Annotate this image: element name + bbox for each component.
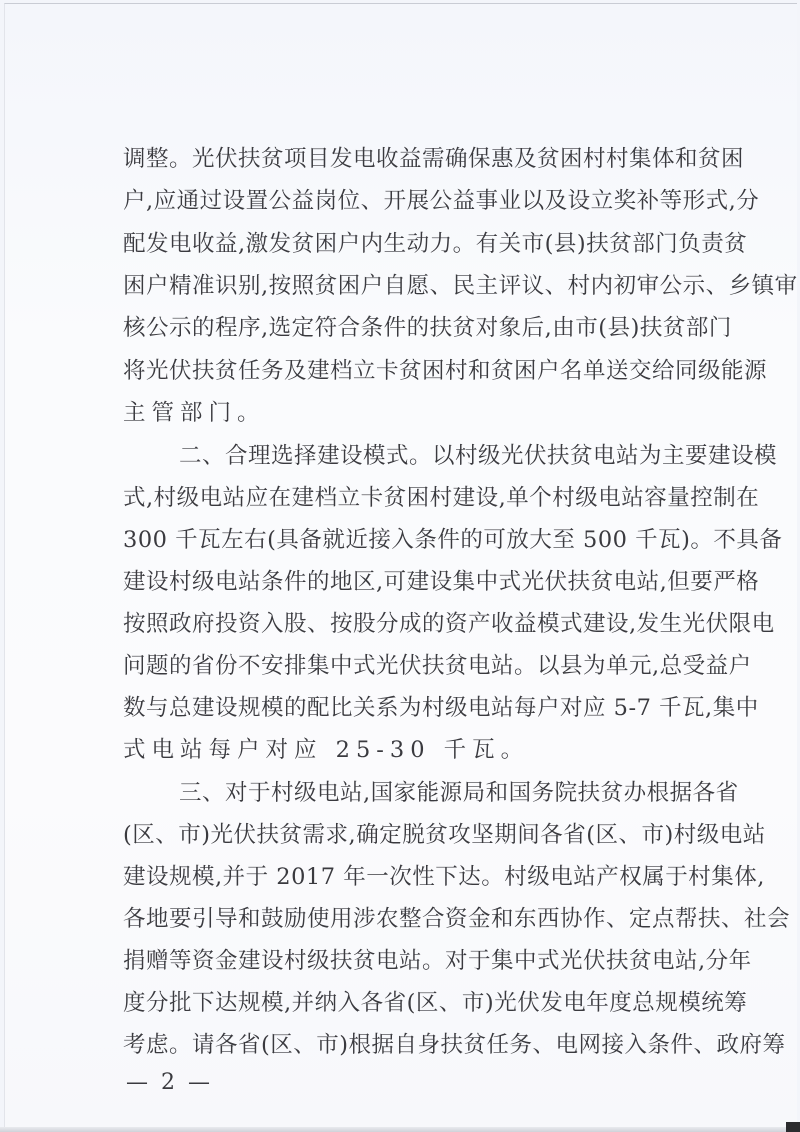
text-line: 配发电收益,激发贫困户内生动力。有关市(县)扶贫部门负责贫 <box>123 229 719 259</box>
scan-corner-mark <box>786 1122 800 1132</box>
text-line: 按照政府投资入股、按股分成的资产收益模式建设,发生光伏限电 <box>123 609 719 639</box>
page-edge-shadow <box>0 1127 800 1132</box>
text-line: 式电站每户对应 25-30 千瓦。 <box>123 735 719 765</box>
page-number: — 2 — <box>126 1068 213 1098</box>
text-line: 主管部门。 <box>123 398 719 428</box>
text-line: 300 千瓦左右(具备就近接入条件的可放大至 500 千瓦)。不具备 <box>123 525 719 555</box>
text-line: 建设规模,并于 2017 年一次性下达。村级电站产权属于村集体, <box>123 862 719 892</box>
text-line: 建设村级电站条件的地区,可建设集中式光伏扶贫电站,但要严格 <box>123 567 719 597</box>
text-line: (区、市)光伏扶贫需求,确定脱贫攻坚期间各省(区、市)村级电站 <box>123 820 719 850</box>
text-line: 各地要引导和鼓励使用涉农整合资金和东西协作、定点帮扶、社会 <box>123 904 719 934</box>
text-line: 问题的省份不安排集中式光伏扶贫电站。以县为单元,总受益户 <box>123 651 719 681</box>
text-line: 度分批下达规模,并纳入各省(区、市)光伏发电年度总规模统筹 <box>123 988 719 1018</box>
text-line: 考虑。请各省(区、市)根据自身扶贫任务、电网接入条件、政府筹 <box>123 1030 719 1060</box>
text-line: 捐赠等资金建设村级扶贫电站。对于集中式光伏扶贫电站,分年 <box>123 946 719 976</box>
text-line: 将光伏扶贫任务及建档立卡贫困村和贫困户名单送交给同级能源 <box>123 356 719 386</box>
text-line: 核公示的程序,选定符合条件的扶贫对象后,由市(县)扶贫部门 <box>123 313 719 343</box>
section-heading-line: 三、对于村级电站,国家能源局和国务院扶贫办根据各省 <box>179 778 719 808</box>
text-line: 调整。光伏扶贫项目发电收益需确保惠及贫困村村集体和贫困 <box>123 144 719 174</box>
document-page: 调整。光伏扶贫项目发电收益需确保惠及贫困村村集体和贫困 户,应通过设置公益岗位、… <box>4 3 797 1129</box>
text-line: 式,村级电站应在建档立卡贫困村建设,单个村级电站容量控制在 <box>123 483 719 513</box>
text-line: 困户精准识别,按照贫困户自愿、民主评议、村内初审公示、乡镇审 <box>123 271 719 301</box>
section-heading-line: 二、合理选择建设模式。以村级光伏扶贫电站为主要建设模 <box>179 441 719 471</box>
text-line: 数与总建设规模的配比关系为村级电站每户对应 5-7 千瓦,集中 <box>123 693 719 723</box>
text-line: 户,应通过设置公益岗位、开展公益事业以及设立奖补等形式,分 <box>123 186 719 216</box>
